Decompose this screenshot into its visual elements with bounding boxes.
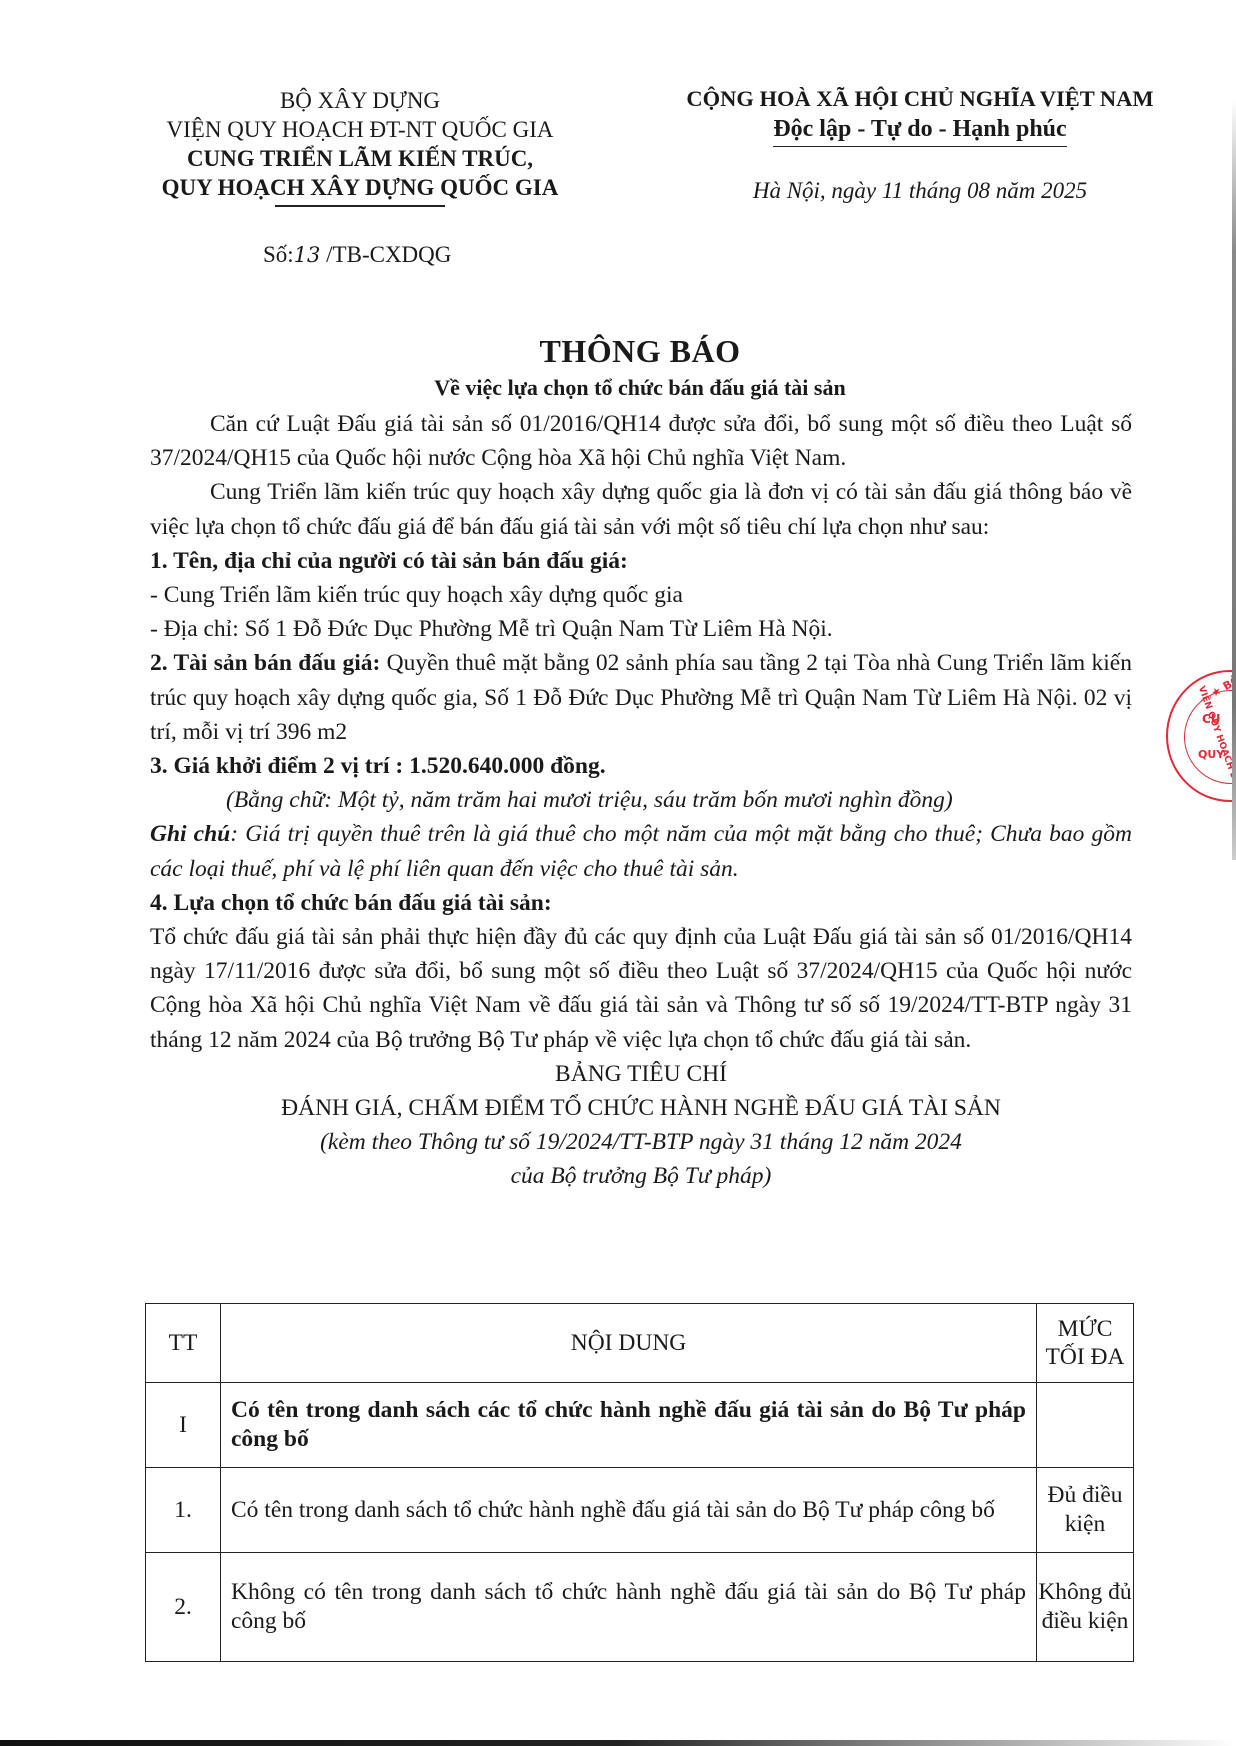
organization-name-line2: QUY HOẠCH XÂY DỰNG QUỐC GIA — [110, 173, 610, 202]
document-body: Căn cứ Luật Đấu giá tài sản số 01/2016/Q… — [150, 407, 1132, 1194]
institute-name: VIỆN QUY HOẠCH ĐT-NT QUỐC GIA — [110, 115, 610, 144]
seal-text-inner1: CU — [1202, 712, 1221, 726]
doc-number-handwritten: 13 — [294, 243, 321, 267]
table-row: 2. Không có tên trong danh sách tổ chức … — [146, 1553, 1134, 1662]
seal-text-inner2: QUY — [1198, 748, 1224, 761]
row-tt: 1. — [146, 1468, 221, 1553]
organization-name-line1: CUNG TRIỂN LÃM KIẾN TRÚC, — [110, 144, 610, 173]
row-tt: 2. — [146, 1553, 221, 1662]
section3-heading: 3. Giá khởi điểm 2 vị trí : 1.520.640.00… — [150, 749, 1132, 783]
document-title: THÔNG BÁO — [140, 333, 1140, 370]
row-content: Có tên trong danh sách tổ chức hành nghề… — [221, 1468, 1037, 1553]
note-label: Ghi chú — [150, 821, 230, 847]
row-tt: I — [146, 1383, 221, 1468]
header-underline — [275, 205, 445, 207]
section4-text: Tổ chức đấu giá tài sản phải thực hiện đ… — [150, 920, 1132, 1057]
scan-edge-bottom — [0, 1740, 1236, 1746]
section4-heading: 4. Lựa chọn tổ chức bán đấu giá tài sản: — [150, 886, 1132, 920]
country-name: CỘNG HOÀ XÃ HỘI CHỦ NGHĨA VIỆT NAM — [640, 84, 1200, 114]
ministry-name: BỘ XÂY DỰNG — [110, 86, 610, 115]
header-max-line2: TỐI ĐA — [1046, 1344, 1125, 1370]
document-page: BỘ XÂY DỰNG VIỆN QUY HOẠCH ĐT-NT QUỐC GI… — [0, 0, 1236, 1746]
place-and-date: Hà Nội, ngày 11 tháng 08 năm 2025 — [640, 178, 1200, 204]
national-header: CỘNG HOÀ XÃ HỘI CHỦ NGHĨA VIỆT NAM Độc l… — [640, 84, 1200, 147]
legal-basis-paragraph: Căn cứ Luật Đấu giá tài sản số 01/2016/Q… — [150, 407, 1132, 475]
table-title-line2: ĐÁNH GIÁ, CHẤM ĐIỂM TỔ CHỨC HÀNH NGHỀ ĐẤ… — [150, 1091, 1132, 1125]
document-number: Số:13 /TB-CXDQG — [263, 242, 451, 268]
header-tt: TT — [146, 1304, 221, 1383]
row-max: Đủ điều kiện — [1037, 1468, 1134, 1553]
table-title-line1: BẢNG TIÊU CHÍ — [150, 1057, 1132, 1091]
note-text: : Giá trị quyền thuê trên là giá thuê ch… — [150, 821, 1132, 881]
issuing-agency-header: BỘ XÂY DỰNG VIỆN QUY HOẠCH ĐT-NT QUỐC GI… — [110, 86, 610, 207]
row-max — [1037, 1383, 1134, 1468]
scan-edge-right — [1232, 100, 1236, 860]
note-paragraph: Ghi chú: Giá trị quyền thuê trên là giá … — [150, 817, 1132, 885]
intro-paragraph: Cung Triển lãm kiến trúc quy hoạch xây d… — [150, 475, 1132, 543]
header-max-line1: MỨC — [1058, 1316, 1113, 1342]
section2-label: 2. Tài sản bán đấu giá: — [150, 650, 380, 676]
owner-name: - Cung Triển lãm kiến trúc quy hoạch xây… — [150, 578, 1132, 612]
header-max: MỨCTỐI ĐA — [1037, 1304, 1134, 1383]
document-subtitle: Về việc lựa chọn tổ chức bán đấu giá tài… — [140, 375, 1140, 401]
price-in-words: (Bằng chữ: Một tỷ, năm trăm hai mươi tri… — [150, 783, 1132, 817]
doc-number-suffix: /TB-CXDQG — [320, 242, 451, 267]
header-content: NỘI DUNG — [221, 1304, 1037, 1383]
official-seal-stamp: ★ BỘ VIỆN QUY HOẠCH Đ CU QUY — [1166, 670, 1236, 802]
section2-paragraph: 2. Tài sản bán đấu giá: Quyền thuê mặt b… — [150, 646, 1132, 749]
section1-heading: 1. Tên, địa chỉ của người có tài sản bán… — [150, 544, 1132, 578]
table-reference-line2: của Bộ trưởng Bộ Tư pháp) — [150, 1159, 1132, 1193]
row-content: Không có tên trong danh sách tổ chức hàn… — [221, 1553, 1037, 1662]
table-reference-line1: (kèm theo Thông tư số 19/2024/TT-BTP ngà… — [150, 1125, 1132, 1159]
row-max: Không đủ điều kiện — [1037, 1553, 1134, 1662]
table-header-row: TT NỘI DUNG MỨCTỐI ĐA — [146, 1304, 1134, 1383]
doc-number-prefix: Số: — [263, 242, 294, 267]
criteria-table: TT NỘI DUNG MỨCTỐI ĐA I Có tên trong dan… — [145, 1303, 1134, 1662]
table-row: I Có tên trong danh sách các tổ chức hàn… — [146, 1383, 1134, 1468]
owner-address: - Địa chỉ: Số 1 Đỗ Đức Dục Phường Mễ trì… — [150, 612, 1132, 646]
national-motto: Độc lập - Tự do - Hạnh phúc — [773, 114, 1066, 147]
row-content: Có tên trong danh sách các tổ chức hành … — [221, 1383, 1037, 1468]
table-row: 1. Có tên trong danh sách tổ chức hành n… — [146, 1468, 1134, 1553]
